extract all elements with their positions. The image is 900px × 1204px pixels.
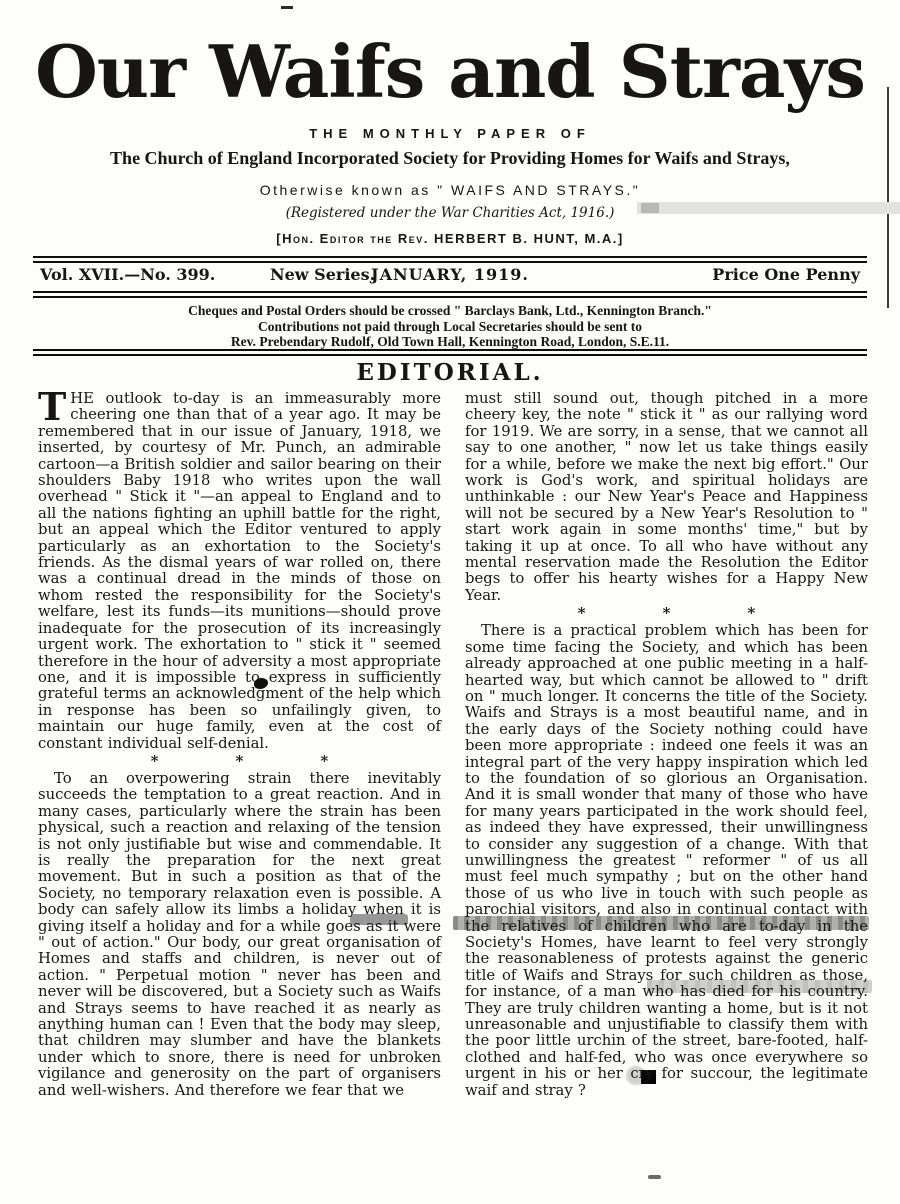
notice-line-address: Rev. Prebendary Rudolf, Old Town Hall, K… — [0, 334, 900, 350]
scanned-newspaper-page: Our Waifs and Strays THE MONTHLY PAPER O… — [0, 0, 900, 1204]
editor-credit-line: [Hon. Editor the Rev. HERBERT B. HUNT, M… — [0, 231, 900, 246]
issue-info-row: Vol. XVII.—No. 399. New Series. JANUARY,… — [40, 265, 860, 287]
issue-price: Price One Penny — [712, 265, 860, 284]
registered-charity-line: (Registered under the War Charities Act,… — [0, 205, 900, 221]
left-column: THE outlook to-day is an immeasurably mo… — [38, 391, 441, 1099]
scan-mark-bottom — [648, 1175, 661, 1179]
masthead-tagline: THE MONTHLY PAPER OF — [0, 126, 900, 141]
left-paragraph-1: THE outlook to-day is an immeasurably mo… — [38, 391, 441, 752]
double-rule-middle — [33, 291, 867, 298]
society-name-line: The Church of England Incorporated Socie… — [0, 148, 900, 169]
scan-mark-top — [281, 6, 293, 9]
drop-cap: T — [38, 392, 70, 422]
right-column: must still sound out, though pitched in … — [465, 391, 868, 1099]
masthead-title: Our Waifs and Strays — [0, 30, 900, 114]
otherwise-known-line: Otherwise known as " WAIFS AND STRAYS." — [0, 182, 900, 198]
right-paragraph-2: There is a practical problem which has b… — [465, 623, 868, 1099]
notice-line-cheques: Cheques and Postal Orders should be cros… — [0, 303, 900, 319]
double-rule-bottom — [33, 349, 867, 356]
double-rule-top — [33, 256, 867, 263]
asterisk-separator-left: * * * — [38, 754, 441, 769]
notice-line-contributions: Contributions not paid through Local Sec… — [0, 319, 900, 335]
article-heading: EDITORIAL. — [0, 359, 900, 386]
payment-notice: Cheques and Postal Orders should be cros… — [0, 303, 900, 350]
left-paragraph-1-text: HE outlook to-day is an immeasurably mor… — [38, 390, 441, 752]
article-columns: THE outlook to-day is an immeasurably mo… — [38, 391, 868, 1099]
left-paragraph-2: To an overpowering strain there inevitab… — [38, 771, 441, 1099]
asterisk-separator-right: * * * — [465, 606, 868, 621]
right-paragraph-1: must still sound out, though pitched in … — [465, 391, 868, 604]
